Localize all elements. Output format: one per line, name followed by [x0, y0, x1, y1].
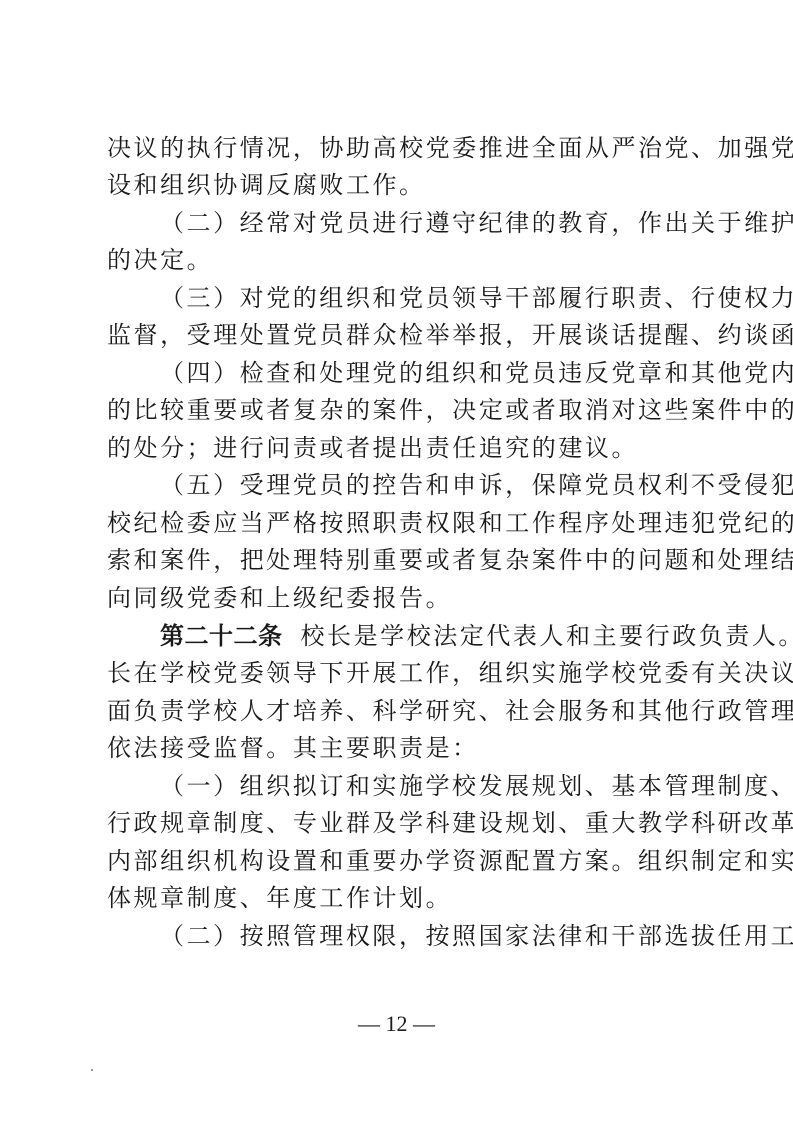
article-heading: 第二十二条 [160, 621, 283, 651]
list-item-3-line: （三）对党的组织和党员领导干部履行职责、行使权力进行 [160, 283, 693, 313]
text-line: 体规章制度、年度工作计划。 [107, 883, 693, 913]
text-line: 的比较重要或者复杂的案件，决定或者取消对这些案件中的党员 [107, 395, 693, 425]
list-item-1-line: （一）组织拟订和实施学校发展规划、基本管理制度、重要 [160, 771, 693, 801]
text-line: 行政规章制度、专业群及学科建设规划、重大教学科研改革措施、 [107, 808, 693, 838]
text-line: 校纪检委应当严格按照职责权限和工作程序处理违犯党纪的线 [107, 508, 693, 538]
text-line: 内部组织机构设置和重要办学资源配置方案。组织制定和实施具 [107, 846, 693, 876]
text-line: 设和组织协调反腐败工作。 [107, 170, 693, 200]
article-text: 校长是学校法定代表人和主要行政负责人。校 [301, 621, 793, 651]
text-line: 监督，受理处置党员群众检举举报，开展谈话提醒、约谈函询。 [107, 320, 693, 350]
text-line: 决议的执行情况，协助高校党委推进全面从严治党、加强党风建 [107, 133, 693, 163]
list-item-5-line: （五）受理党员的控告和申诉，保障党员权利不受侵犯。学 [160, 470, 693, 500]
document-page: 决议的执行情况，协助高校党委推进全面从严治党、加强党风建 设和组织协调反腐败工作… [0, 0, 793, 1121]
text-line: 向同级党委和上级纪委报告。 [107, 583, 693, 613]
text-line: 的处分；进行问责或者提出责任追究的建议。 [107, 433, 693, 463]
page-number: — 12 — [0, 1011, 793, 1037]
text-line: 索和案件，把处理特别重要或者复杂案件中的问题和处理结果， [107, 545, 693, 575]
article-22-first-line: 第二十二条 校长是学校法定代表人和主要行政负责人。校 [160, 621, 693, 651]
text-line: 的决定。 [107, 245, 693, 275]
text-line: 面负责学校人才培养、科学研究、社会服务和其他行政管理工作， [107, 696, 693, 726]
text-line: 依法接受监督。其主要职责是： [107, 733, 693, 763]
text-line: 长在学校党委领导下开展工作，组织实施学校党委有关决议，全 [107, 658, 693, 688]
list-item-2-line: （二）按照管理权限，按照国家法律和干部选拔任用工作有 [160, 921, 693, 951]
list-item-2-line: （二）经常对党员进行遵守纪律的教育，作出关于维护党纪 [160, 208, 693, 238]
list-item-4-line: （四）检查和处理党的组织和党员违反党章和其他党内法规 [160, 358, 693, 388]
scan-speck [91, 1069, 93, 1071]
